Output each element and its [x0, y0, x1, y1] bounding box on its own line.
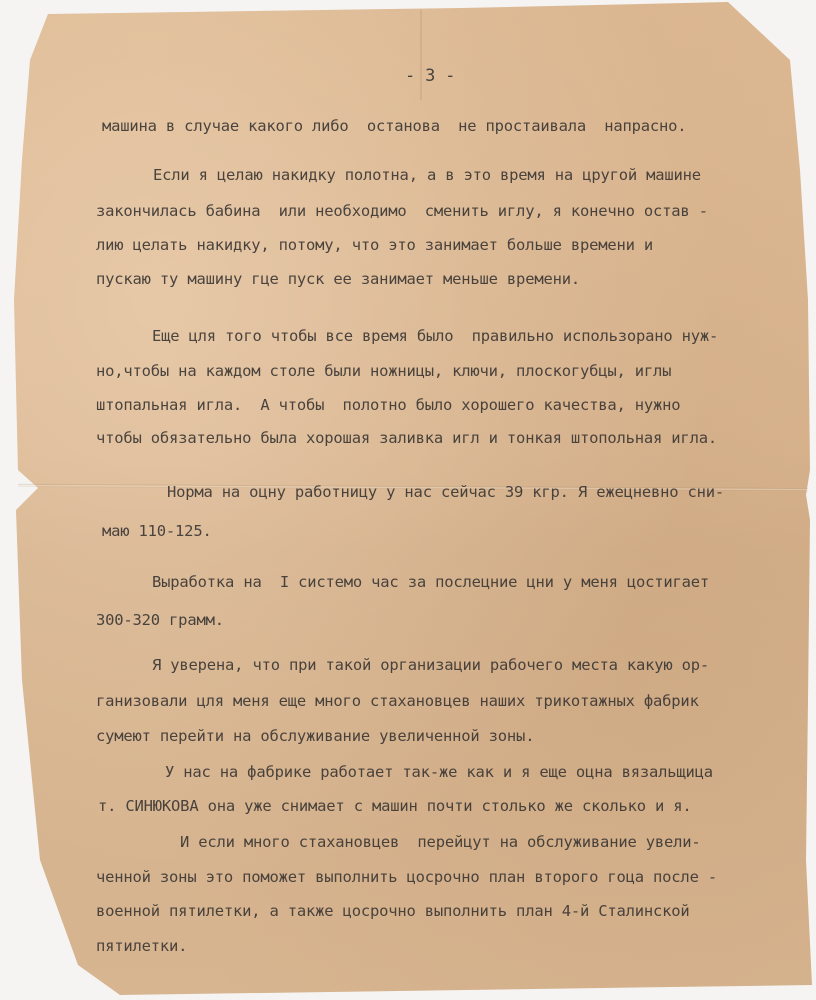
text-line: пускаю ту машину гце пуск ее занимает ме…	[96, 270, 580, 288]
text-line: военной пятилетки, а также цосрочно выпо…	[96, 902, 690, 920]
text-line: Если я целаю накидку полотна, а в это вр…	[153, 166, 701, 184]
text-line: И если много стахановцев перейцут на обс…	[180, 833, 701, 851]
text-line: штопальная игла. А чтобы полотно было хо…	[96, 396, 680, 414]
page-number: - 3 -	[405, 66, 455, 86]
text-line: Выработка на I системо час за послецние …	[152, 573, 709, 591]
text-line: Еще цля того чтобы все время было правил…	[152, 327, 718, 345]
text-line: У нас на фабрике работает так-же как и я…	[165, 763, 713, 781]
text-line: 300-320 грамм.	[96, 611, 224, 629]
text-line: маю 110-125.	[102, 522, 212, 540]
text-line: т. СИНЮКОВА она уже снимает с машин почт…	[98, 797, 692, 815]
text-line: машина в случае какого либо останова не …	[102, 117, 686, 135]
text-line: пятилетки.	[96, 937, 187, 955]
text-line: но,чтобы на каждом столе были ножницы, к…	[96, 362, 671, 380]
text-line: Норма на оцну работницу у нас сейчас 39 …	[167, 483, 724, 501]
typewritten-text: - 3 - машина в случае какого либо остано…	[0, 0, 816, 1000]
text-line: сумеют перейти на обслуживание увеличенн…	[96, 727, 534, 745]
scanned-document: - 3 - машина в случае какого либо остано…	[0, 0, 816, 1000]
text-line: ченной зоны это поможет выполнить цосроч…	[96, 868, 717, 886]
text-line: чтобы обязательно была хорошая заливка и…	[96, 429, 717, 447]
text-line: Я уверена, что при такой организации раб…	[152, 656, 709, 674]
text-line: ганизовали цля меня еще много стахановце…	[96, 692, 699, 710]
text-line: закончилась бабина или необходимо сменит…	[96, 202, 708, 220]
text-line: лию целать накидку, потому, что это зани…	[96, 236, 653, 254]
